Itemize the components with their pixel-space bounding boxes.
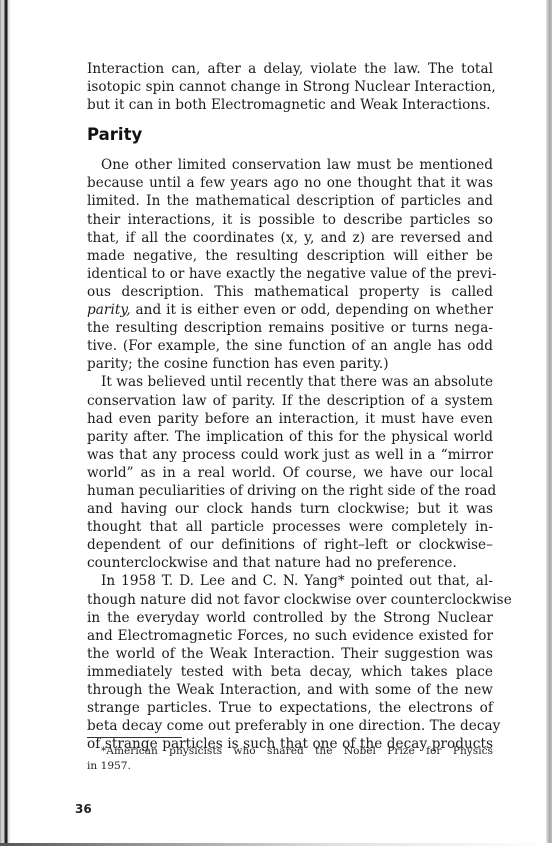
text-line: made negative, the resulting description… [87, 247, 493, 265]
text-line: and Electromagnetic Forces, no such evid… [87, 627, 493, 645]
text-line: though nature did not favor clockwise ov… [87, 591, 493, 609]
text-line: was that any process could work just as … [87, 446, 493, 464]
text-line: and having our clock hands turn clockwis… [87, 500, 493, 518]
text-line: because until a few years ago no one tho… [87, 174, 493, 192]
text-line: It was believed until recently that ther… [87, 373, 493, 391]
paragraph-parity-definition: One other limited conservation law must … [87, 156, 493, 373]
section-heading: Parity [87, 125, 493, 145]
text-line: their interactions, it is possible to de… [87, 211, 493, 229]
text-line: Interaction can, after a delay, violate … [87, 60, 493, 78]
text-line: world” as in a real world. Of course, we… [87, 464, 493, 482]
footnote-line: *American physicists who shared the Nobe… [87, 744, 493, 759]
text-line: counterclockwise and that nature had no … [87, 554, 493, 572]
paragraph-lee-yang: In 1958 T. D. Lee and C. N. Yang* pointe… [87, 572, 493, 753]
intro-paragraph: Interaction can, after a delay, violate … [87, 60, 493, 114]
paragraph-conservation-law: It was believed until recently that ther… [87, 373, 493, 572]
text-line: human peculiarities of driving on the ri… [87, 482, 493, 500]
text-line: thought that all particle processes were… [87, 518, 493, 536]
page-right-edge-shadow [546, 0, 552, 846]
footnote-line: in 1957. [87, 759, 493, 774]
text-line: but it can in both Electromagnetic and W… [87, 96, 493, 114]
text-line: conservation law of parity. If the descr… [87, 392, 493, 410]
text-line: parity after. The implication of this fo… [87, 428, 493, 446]
text-line: had even parity before an interaction, i… [87, 410, 493, 428]
text-line: strange particles. True to expectations,… [87, 699, 493, 717]
text-line: through the Weak Interaction, and with s… [87, 681, 493, 699]
text-line: limited. In the mathematical description… [87, 192, 493, 210]
footnote-divider [87, 737, 182, 738]
text-line: the world of the Weak Interaction. Their… [87, 645, 493, 663]
text-line: beta decay come out preferably in one di… [87, 717, 493, 735]
italic-term: parity, [87, 302, 131, 318]
text-column: Interaction can, after a delay, violate … [87, 60, 493, 753]
book-binding-edge [0, 0, 11, 846]
text-line: parity; the cosine function has even par… [87, 355, 493, 373]
text-line: immediately tested with beta decay, whic… [87, 663, 493, 681]
text-line-with-italic-term: parity, and it is either even or odd, de… [87, 301, 493, 319]
text-line: dependent of our definitions of right–le… [87, 536, 493, 554]
page-number: 36 [75, 802, 92, 816]
text-line: in the everyday world controlled by the … [87, 609, 493, 627]
text-line: One other limited conservation law must … [87, 156, 493, 174]
text-line: In 1958 T. D. Lee and C. N. Yang* pointe… [87, 572, 493, 590]
text-line: tive. (For example, the sine function of… [87, 337, 493, 355]
text-line: identical to or have exactly the negativ… [87, 265, 493, 283]
text-line: isotopic spin cannot change in Strong Nu… [87, 78, 493, 96]
footnote: *American physicists who shared the Nobe… [87, 744, 493, 774]
text-line: ous description. This mathematical prope… [87, 283, 493, 301]
text-line: the resulting description remains positi… [87, 319, 493, 337]
text-line: that, if all the coordinates (x, y, and … [87, 229, 493, 247]
